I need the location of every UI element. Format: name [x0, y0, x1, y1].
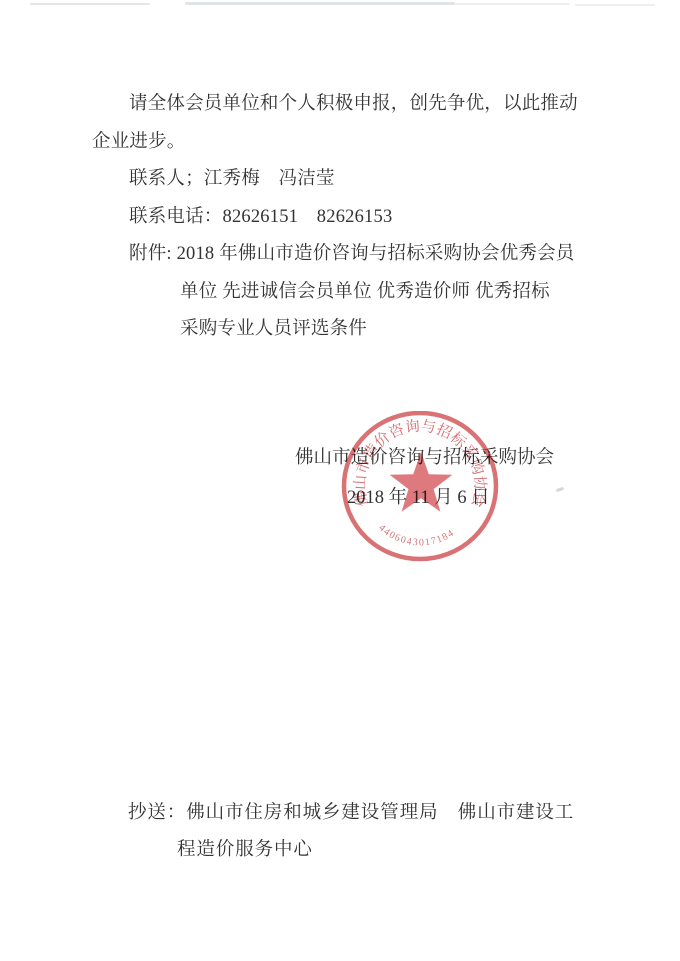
- paragraph-line-2: 企业进步。: [92, 124, 597, 162]
- paragraph-line-1: 请全体会员单位和个人积极申报，创先争优，以此推动: [92, 86, 597, 124]
- cc-line-2: 程造价服务中心: [177, 837, 313, 863]
- official-seal: 佛山市造价咨询与招标采购协会 4406043017184: [341, 411, 499, 563]
- scan-edge-streak: [455, 3, 570, 5]
- contact-person-line: 联系人；江秀梅 冯洁莹: [92, 161, 597, 199]
- scan-edge-streak: [575, 4, 655, 6]
- attachment-line-2: 单位 先进诚信会员单位 优秀造价师 优秀招标: [92, 274, 597, 312]
- document-body: 请全体会员单位和个人积极申报，创先争优，以此推动 企业进步。 联系人；江秀梅 冯…: [92, 86, 597, 349]
- svg-text:4406043017184: 4406043017184: [376, 523, 456, 549]
- scan-edge-streak: [185, 2, 455, 5]
- contact-phone-line: 联系电话：82626151 82626153: [92, 199, 597, 237]
- cc-line-1: 抄送：佛山市住房和城乡建设管理局 佛山市建设工: [128, 800, 574, 826]
- scan-edge-streak: [30, 3, 150, 5]
- scanned-document-page: 请全体会员单位和个人积极申报，创先争优，以此推动 企业进步。 联系人；江秀梅 冯…: [0, 0, 680, 961]
- seal-code: 4406043017184: [376, 523, 456, 549]
- scan-speck: [556, 487, 565, 492]
- attachment-line-1: 附件: 2018 年佛山市造价咨询与招标采购协会优秀会员: [92, 236, 597, 274]
- attachment-line-3: 采购专业人员评选条件: [92, 311, 597, 349]
- star-icon: [390, 452, 453, 512]
